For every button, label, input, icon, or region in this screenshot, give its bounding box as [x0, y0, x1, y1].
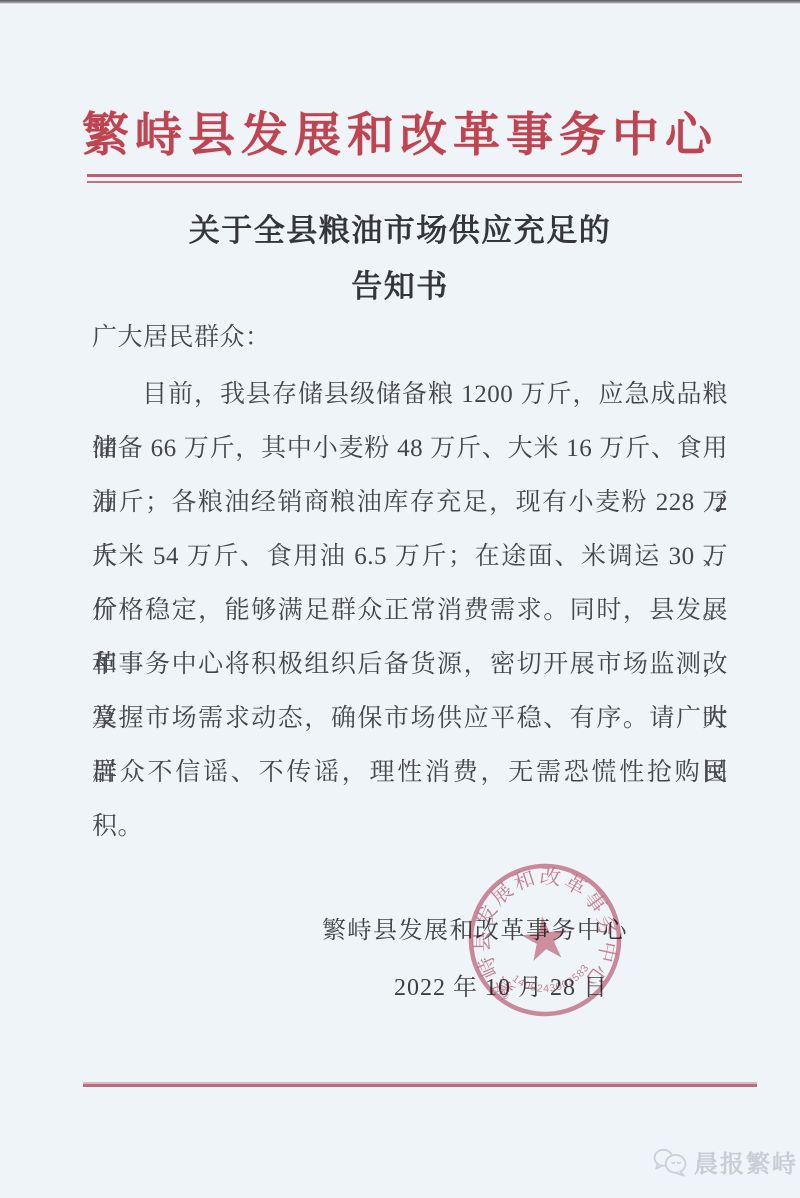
body-line: 群众不信谣、不传谣，理性消费，无需恐慌性抢购囤积。: [92, 746, 728, 800]
title-line-1: 关于全县粮油市场供应充足的: [0, 203, 800, 259]
seal-star-icon: [519, 913, 570, 962]
title-line-2: 告知书: [0, 259, 800, 315]
footer-divider: [83, 1084, 757, 1087]
watermark-label: 晨报繁峙: [694, 1144, 798, 1179]
document-title: 关于全县粮油市场供应充足的 告知书: [0, 203, 800, 315]
body-line: 价格稳定，能够满足群众正常消费需求。同时，县发展和改: [92, 584, 728, 638]
body-line: 革事务中心将积极组织后备货源，密切开展市场监测，及时: [92, 638, 728, 692]
body-line: 万斤；各粮油经销商粮油库存充足，现有小麦粉 228 万斤、: [92, 476, 728, 530]
chat-bubbles-icon: [652, 1147, 688, 1177]
scan-top-edge: [0, 0, 800, 4]
svg-text:1409243003583: 1409243003583: [509, 961, 595, 1000]
letterhead-org-name: 繁峙县发展和改革事务中心: [0, 98, 800, 165]
salutation: 广大居民群众：: [92, 322, 732, 354]
official-seal-stamp: 繁峙县发展和改革事务中心 1409243003583: [456, 851, 634, 1029]
body-line: 大米 54 万斤、食用油 6.5 万斤；在途面、米调运 30 万斤。: [92, 530, 728, 584]
scanned-notice-page: 繁峙县发展和改革事务中心 关于全县粮油市场供应充足的 告知书 广大居民群众： 目…: [0, 0, 800, 1198]
letterhead-divider: [87, 174, 742, 183]
body-line: 掌握市场需求动态，确保市场供应平稳、有序。请广大居民: [92, 692, 728, 746]
watermark: 晨报繁峙: [652, 1144, 798, 1179]
body-paragraph: 目前，我县存储县级储备粮 1200 万斤，应急成品粮油 储备 66 万斤，其中小…: [92, 368, 728, 800]
seal-serial-number: 1409243003583: [509, 961, 595, 1000]
body-line: 储备 66 万斤，其中小麦粉 48 万斤、大米 16 万斤、食用油 2: [92, 422, 728, 476]
body-line: 目前，我县存储县级储备粮 1200 万斤，应急成品粮油: [92, 368, 728, 422]
